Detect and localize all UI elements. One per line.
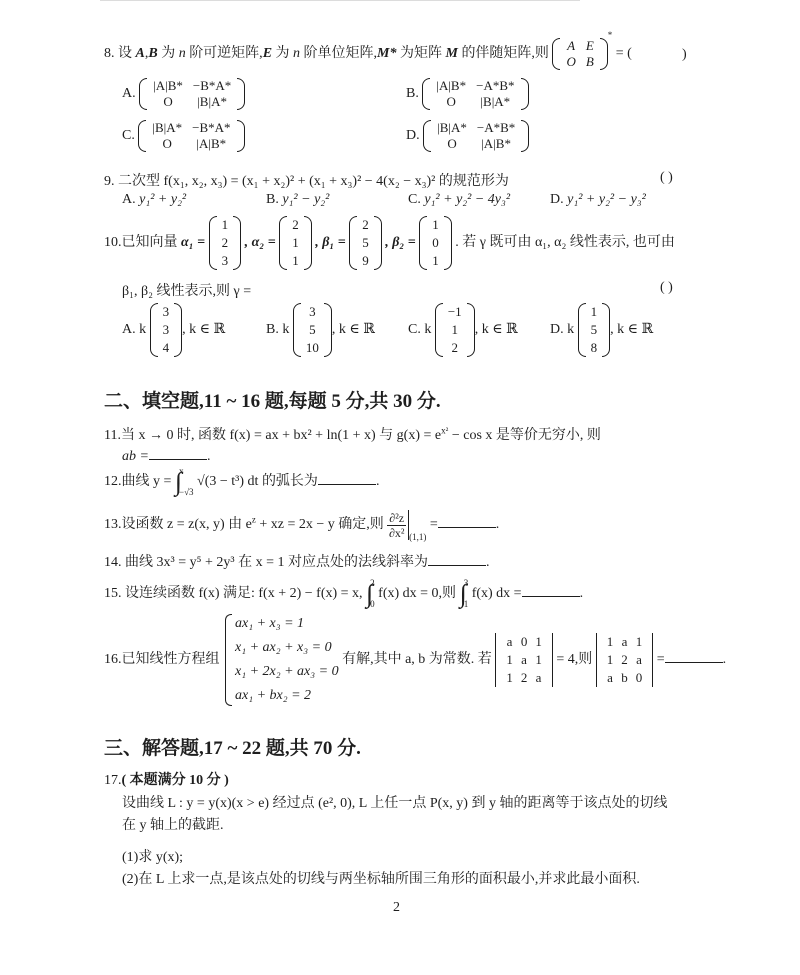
determinant-1: a011a112a	[495, 633, 553, 687]
equation-system: ax₁ + x₃ = 1 x₁ + ax₂ + x₃ = 0 x₁ + 2x₂ …	[223, 612, 339, 708]
page-number: 2	[393, 900, 400, 916]
question-11-stem: 11.当 x → 0 时, 函数 f(x) = ax + bx² + ln(1 …	[104, 424, 601, 444]
answer-paren-q10: ( )	[660, 280, 673, 296]
q8-option-b[interactable]: B. |A|B*−A*B*O|B|A*	[406, 78, 529, 110]
answer-paren-q9: ( )	[660, 170, 673, 186]
answer-blank-q12[interactable]	[318, 472, 376, 485]
answer-blank-q14[interactable]	[428, 553, 486, 566]
question-8-stem: 8. 设 A,B 为 n 阶可逆矩阵,E 为 n 阶单位矩阵,M* 为矩阵 M …	[104, 38, 632, 70]
page-top-rule	[100, 0, 580, 1]
answer-blank-q13[interactable]	[438, 515, 496, 528]
block-matrix: AE OB	[552, 38, 607, 70]
q8-option-d[interactable]: D. |B|A*−A*B*O|A|B*	[406, 120, 529, 152]
q9-option-d[interactable]: D. y₁² + y₂² − y₃²	[550, 192, 646, 208]
question-11-line2: ab =.	[122, 447, 210, 465]
answer-blank-q11[interactable]	[149, 447, 207, 460]
q8-option-a[interactable]: A. |A|B*−B*A*O|B|A*	[122, 78, 245, 110]
question-15-stem: 15. 设连续函数 f(x) 满足: f(x + 2) − f(x) = x, …	[104, 578, 583, 610]
question-10-line2: β₁, β₂ 线性表示,则 γ =	[122, 280, 251, 300]
section-3-heading: 三、解答题,17 ~ 22 题,共 70 分.	[104, 733, 361, 760]
determinant-2: 1a112aab0	[596, 633, 654, 687]
section-2-heading: 二、填空题,11 ~ 16 题,每题 5 分,共 30 分.	[104, 386, 441, 413]
question-17-line2: 在 y 轴上的截距.	[122, 814, 224, 834]
question-12-stem: 12.曲线 y = ∫x−√3 √(3 − t³) dt 的弧长为.	[104, 466, 379, 498]
q9-option-a[interactable]: A. y₁² + y₂²	[122, 192, 186, 208]
question-10-stem: 10.已知向量 α₁ = 123 , α₂ = 211 , β₁ = 259 ,…	[104, 216, 675, 270]
question-9-stem: 9. 二次型 f(x₁, x₂, x₃) = (x₁ + x₂)² + (x₁ …	[104, 170, 509, 190]
question-16-stem: 16.已知线性方程组 ax₁ + x₃ = 1 x₁ + ax₂ + x₃ = …	[104, 612, 726, 708]
question-14-stem: 14. 曲线 3x³ = y⁵ + 2y³ 在 x = 1 对应点处的法线斜率为…	[104, 551, 489, 571]
question-17-line1: 设曲线 L : y = y(x)(x > e) 经过点 (e², 0), L 上…	[122, 792, 667, 812]
q10-option-d[interactable]: D. k 158, k ∈ ℝ	[550, 303, 653, 357]
q9-option-c[interactable]: C. y₁² + y₂² − 4y₃²	[408, 192, 510, 208]
q10-option-b[interactable]: B. k 3510, k ∈ ℝ	[266, 303, 375, 357]
answer-paren-q8: )	[682, 47, 687, 63]
question-13-stem: 13.设函数 z = z(x, y) 由 ez + xz = 2x − y 确定…	[104, 510, 499, 542]
q8-option-c[interactable]: C. |B|A*−B*A*O|A|B*	[122, 120, 245, 152]
answer-blank-q16[interactable]	[665, 650, 723, 663]
q10-option-a[interactable]: A. k 334, k ∈ ℝ	[122, 303, 225, 357]
q9-option-b[interactable]: B. y₁² − y₂²	[266, 192, 329, 208]
q10-option-c[interactable]: C. k −112, k ∈ ℝ	[408, 303, 518, 357]
question-17-part2: (2)在 L 上求一点,是该点处的切线与两坐标轴所围三角形的面积最小,并求此最小…	[122, 868, 640, 888]
answer-blank-q15[interactable]	[522, 584, 580, 597]
question-17-part1: (1)求 y(x);	[122, 846, 183, 866]
question-17-header: 17.( 本题满分 10 分 )	[104, 769, 229, 789]
